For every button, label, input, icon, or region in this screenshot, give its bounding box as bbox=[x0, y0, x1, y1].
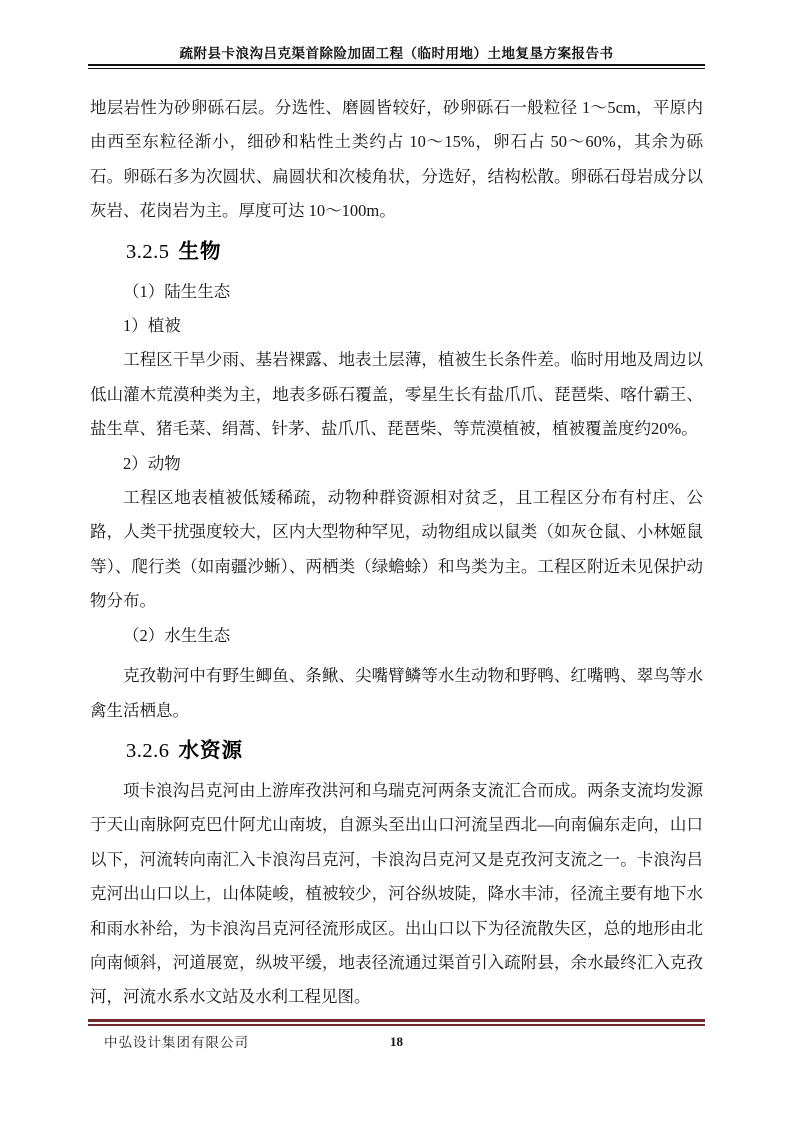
page-header-title: 疏附县卡浪沟吕克渠首除险加固工程（临时用地）土地复垦方案报告书 bbox=[88, 42, 705, 62]
paragraph-animal: 工程区地表植被低矮稀疏，动物种群资源相对贫乏，且工程区分布有村庄、公路，人类干扰… bbox=[90, 481, 703, 619]
section-number: 3.2.6 bbox=[126, 740, 170, 762]
document-page: 疏附县卡浪沟吕克渠首除险加固工程（临时用地）土地复垦方案报告书 地层岩性为砂卵砾… bbox=[0, 0, 793, 1122]
paragraph-vegetation: 工程区干旱少雨、基岩裸露、地表土层薄，植被生长条件差。临时用地及周边以低山灌木荒… bbox=[90, 343, 703, 446]
section-heading-3-2-5: 3.2.5生物 bbox=[90, 233, 703, 271]
section-title: 生物 bbox=[179, 240, 222, 263]
section-number: 3.2.5 bbox=[126, 241, 170, 263]
page-number: 18 bbox=[88, 1034, 705, 1050]
section-title: 水资源 bbox=[179, 739, 244, 762]
paragraph-geology: 地层岩性为砂卵砾石层。分选性、磨圆皆较好，砂卵砾石一般粒径 1～5cm，平原内由… bbox=[90, 91, 703, 229]
paragraph-aquatic: 克孜勒河中有野生鲫鱼、条鳅、尖嘴臂鳞等水生动物和野鸭、红嘴鸭、翠鸟等水禽生活栖息… bbox=[90, 659, 703, 728]
subheading-animal: 2）动物 bbox=[90, 447, 703, 481]
subheading-vegetation: 1）植被 bbox=[90, 309, 703, 343]
header-rule bbox=[88, 64, 705, 69]
section-heading-3-2-6: 3.2.6水资源 bbox=[90, 732, 703, 770]
footer-rule bbox=[88, 1019, 705, 1026]
subheading-terrestrial-ecology: （1）陆生生态 bbox=[90, 275, 703, 309]
page-footer: 中弘设计集团有限公司 18 bbox=[88, 1031, 705, 1053]
document-body: 地层岩性为砂卵砾石层。分选性、磨圆皆较好，砂卵砾石一般粒径 1～5cm，平原内由… bbox=[90, 91, 703, 1015]
paragraph-water-resources: 项卡浪沟吕克河由上游库孜洪河和乌瑞克河两条支流汇合而成。两条支流均发源于天山南脉… bbox=[90, 774, 703, 1015]
subheading-aquatic-ecology: （2）水生生态 bbox=[90, 619, 703, 653]
